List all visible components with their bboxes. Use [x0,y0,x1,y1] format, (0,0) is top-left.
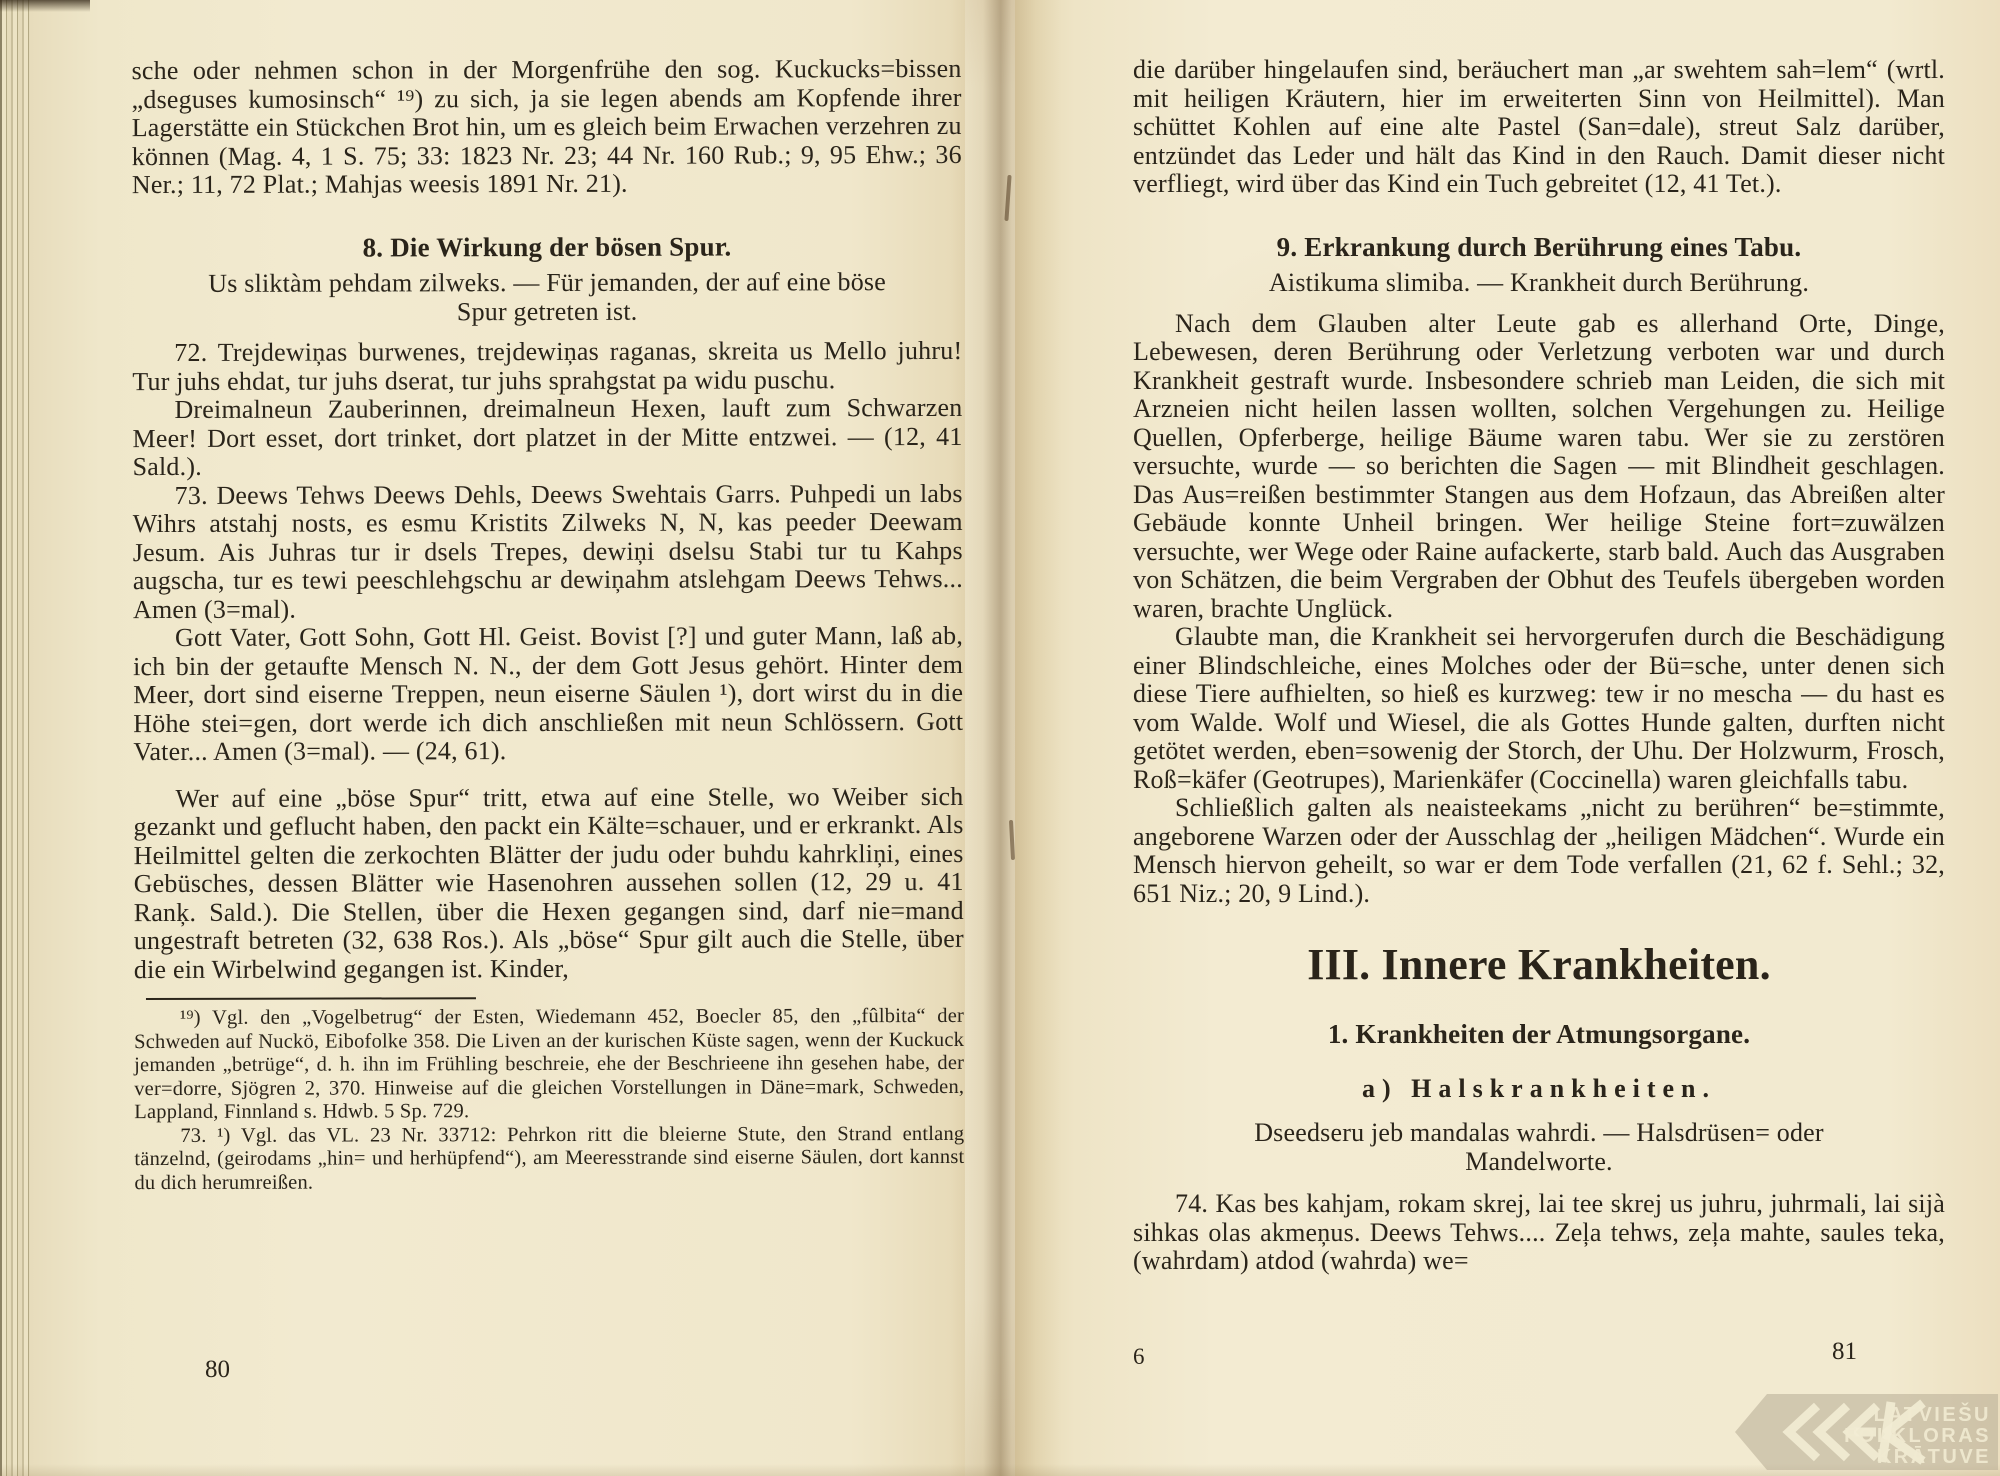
lfk-logo-icon: LATVIEŠU FOLKLORAS KRĀTUVE [1733,1390,2000,1474]
subchapter-heading-1: 1. Krankheiten der Atmungsorgane. [1133,1020,1945,1049]
paragraph-73: 73. Deews Tehws Deews Dehls, Deews Sweht… [133,479,963,624]
page-stack-edges [0,0,30,1476]
watermark-line-2: FOLKLORAS [1844,1425,1991,1447]
section-heading-9: 9. Erkrankung durch Berührung eines Tabu… [1133,233,1945,262]
paragraph-commentary: Wer auf eine „böse Spur“ tritt, etwa auf… [133,782,964,984]
paragraph-tabu-1: Nach dem Glauben alter Leute gab es alle… [1133,310,1945,624]
watermark-line-3: KRĀTUVE [1877,1446,1991,1468]
paragraph-translation: Dreimalneun Zauberinnen, dreimalneun Hex… [132,394,962,482]
subsection-heading-a: a) Halskrankheiten. [1133,1075,1945,1104]
paragraph-tabu-3: Schließlich galten als neaisteekams „nic… [1133,794,1945,908]
footnote-73-1: 73. ¹) Vgl. das VL. 23 Nr. 33712: Pehrko… [134,1122,964,1195]
paragraph-translation: Gott Vater, Gott Sohn, Gott Hl. Geist. B… [133,622,963,767]
footnotes-block: ¹⁹) Vgl. den „Vogelbetrug“ der Esten, Wi… [134,1005,964,1195]
paragraph-74: 74. Kas bes kahjam, rokam skrej, lai tee… [1133,1190,1945,1276]
paragraph-tabu-2: Glaubte man, die Krankheit sei hervorger… [1133,623,1945,794]
section-subtitle: Us sliktàm pehdam zilweks. — Für jemande… [197,268,897,327]
paragraph-continuation: sche oder nehmen schon in der Morgenfrüh… [132,55,962,200]
paragraph-72: 72. Trejdewiņas burwenes, trejdewiņas ra… [132,337,962,396]
section-subtitle: Aistikuma slimiba. — Krankheit durch Ber… [1189,269,1889,298]
chapter-heading-iii: III. Innere Krankheiten. [1133,940,1945,990]
section-heading-8: 8. Die Wirkung der bösen Spur. [132,231,962,262]
left-page-text-column: sche oder nehmen schon in der Morgenfrüh… [132,55,965,1195]
right-page-text-column: die darüber hingelaufen sind, beräuchert… [1133,56,1945,1276]
spine-fold-shadow [950,0,1060,1476]
paragraph-continuation: die darüber hingelaufen sind, beräuchert… [1133,56,1945,199]
signature-mark: 6 [1133,1344,1145,1370]
lfk-archive-watermark: LATVIEŠU FOLKLORAS KRĀTUVE [1733,1390,2000,1474]
bottom-edge-shadow [0,1464,2000,1476]
subsection-subtitle: Dseedseru jeb mandalas wahrdi. — Halsdrü… [1199,1119,1879,1176]
page-number-left: 80 [205,1356,230,1384]
page-number-right: 81 [1832,1338,1857,1366]
top-left-corner-shadow [0,0,90,12]
footnote-rule [146,997,476,1000]
watermark-line-1: LATVIEŠU [1874,1402,1991,1426]
footnote-19: ¹⁹) Vgl. den „Vogelbetrug“ der Esten, Wi… [134,1005,964,1125]
